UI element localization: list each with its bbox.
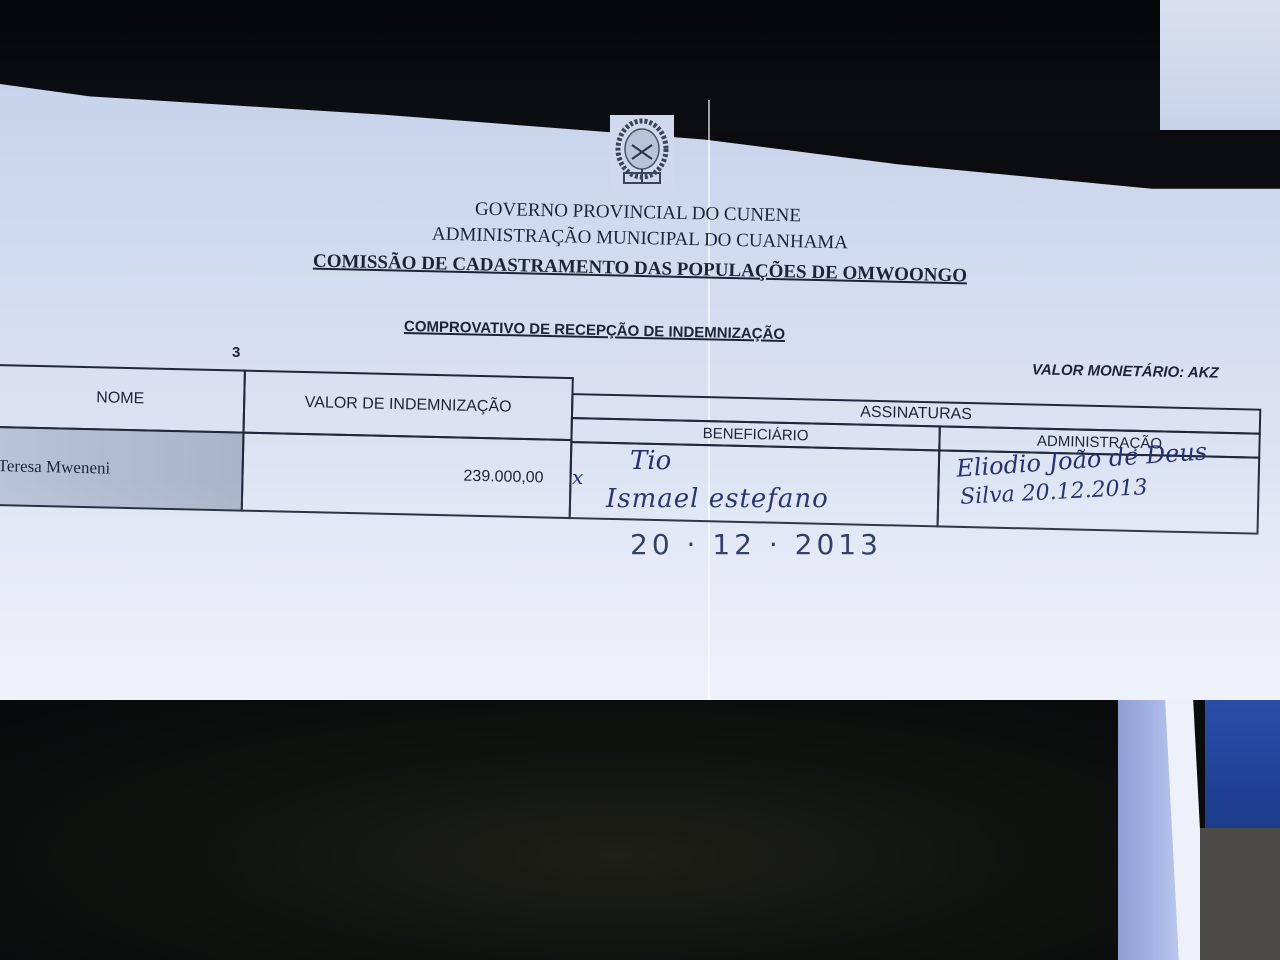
page-number: 3 bbox=[232, 344, 240, 361]
ground-surface bbox=[1200, 828, 1280, 960]
paper-edge-right bbox=[1160, 0, 1280, 130]
column-header-valor: VALOR DE INDEMNIZAÇÃO bbox=[242, 370, 573, 441]
column-header-nome: NOME bbox=[0, 364, 246, 434]
angola-coat-of-arms-icon bbox=[610, 115, 674, 193]
paper-light-reflection bbox=[0, 480, 1280, 700]
currency-label: VALOR MONETÁRIO: AKZ bbox=[1032, 361, 1219, 381]
dark-folder-surface bbox=[0, 700, 1120, 960]
blue-surface bbox=[1205, 700, 1280, 830]
beneficiary-signature-line1: Tio bbox=[630, 446, 671, 476]
